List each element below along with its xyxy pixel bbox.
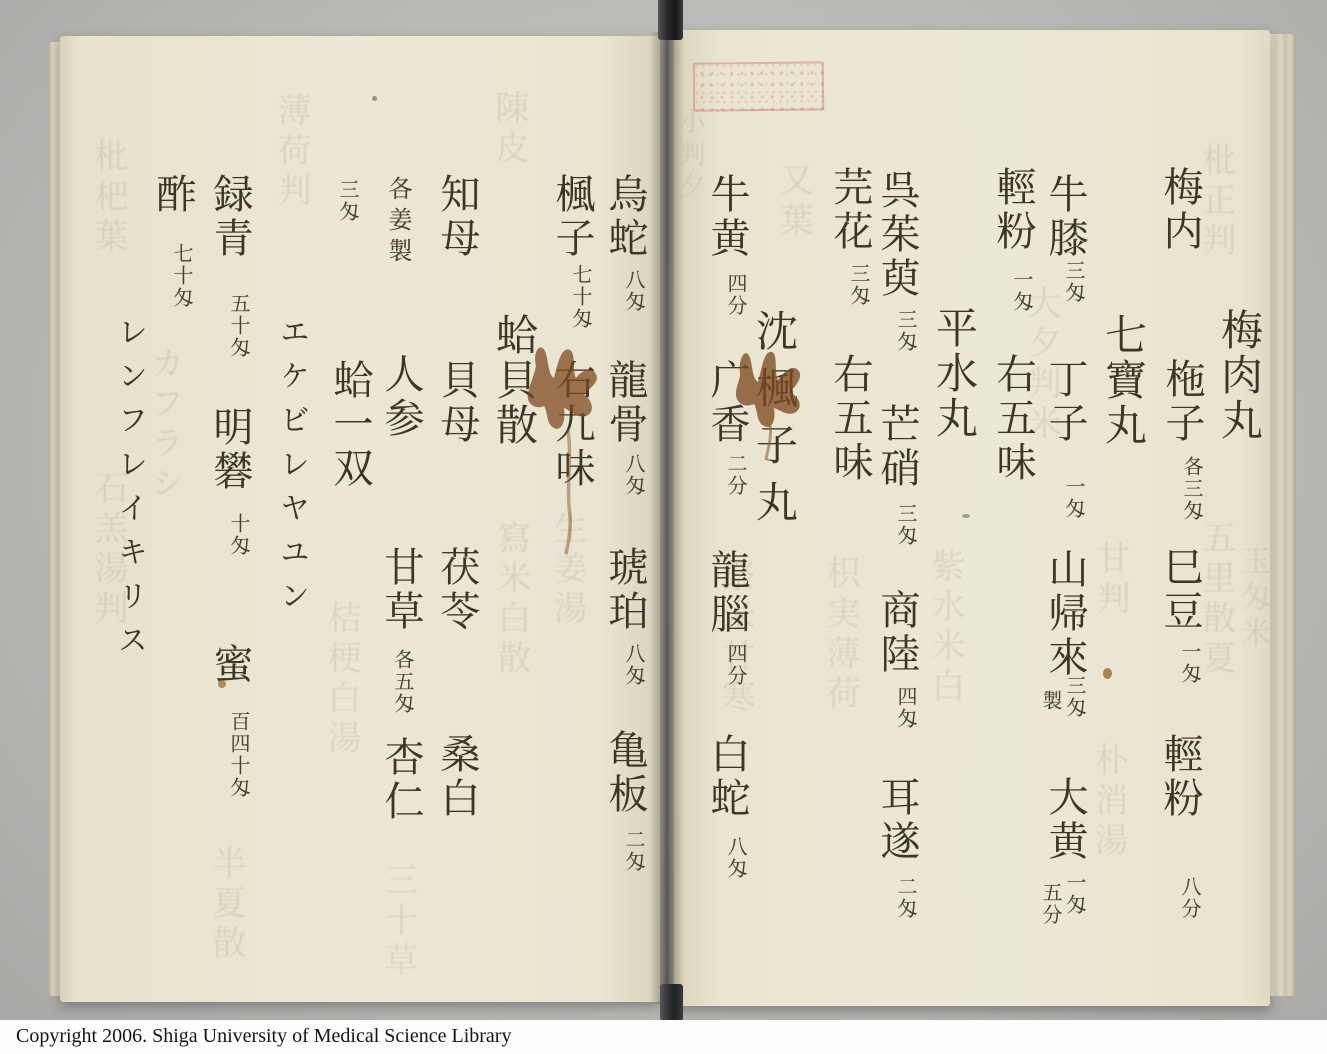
ingredient-text: 輕粉 <box>985 166 1042 254</box>
quantity-annotation: 一匁 <box>1060 476 1089 520</box>
quantity-annotation: 製 <box>1037 690 1066 712</box>
ingredient-text: 杏仁 <box>373 736 430 824</box>
ingredient-text: 白蛇 <box>699 733 756 821</box>
quantity-annotation: 各三匁 <box>1178 456 1207 522</box>
copyright-bar: Copyright 2006. Shiga University of Medi… <box>0 1020 1327 1054</box>
ink-text-layer: 梅肉丸梅内柂子各三匁巳豆一匁輕粉八分七寶丸牛膝三匁丁子一匁山帰來三匁製大黄一匁五… <box>0 0 1327 1054</box>
quantity-annotation: 一匁 <box>1008 269 1037 313</box>
paper-speck <box>962 514 970 518</box>
paper-speck <box>1103 668 1112 679</box>
quantity-annotation: 八匁 <box>620 269 649 313</box>
ingredient-text: 大黄 <box>1037 776 1094 864</box>
ingredient-text: 巳豆 <box>1152 546 1209 634</box>
quantity-annotation: 二匁 <box>620 829 649 873</box>
ingredient-text: 甘草 <box>373 546 430 634</box>
quantity-annotation: 四匁 <box>892 686 921 730</box>
kana-drug-name: レンフレイキリス <box>107 316 151 668</box>
quantity-annotation: 五分 <box>1037 882 1066 926</box>
quantity-annotation: 八分 <box>1176 876 1205 920</box>
ingredient-text: 楓子 <box>544 173 601 261</box>
ingredient-text: 右五味 <box>985 353 1042 485</box>
ingredient-text: 録青 <box>202 173 259 261</box>
ingredient-text: 人参 <box>373 353 430 441</box>
ingredient-text: 烏蛇 <box>597 173 654 261</box>
manuscript-photo: 枇杷葉石羔湯判カフラシ半夏散薄荷判桔梗白湯三十草陳皮寫米白散生姜湯枇正判五里散夏… <box>0 0 1327 1054</box>
quantity-annotation: 一匁 <box>1176 641 1205 685</box>
paper-speck <box>372 96 377 101</box>
kana-drug-name: エケビレヤユン <box>269 316 313 624</box>
quantity-annotation: 八匁 <box>620 453 649 497</box>
ingredient-text: 龍腦 <box>699 549 756 637</box>
recipe-title: 平水丸 <box>924 306 984 441</box>
ingredient-text: 牛膝 <box>1037 173 1094 261</box>
quantity-annotation: 八匁 <box>620 643 649 687</box>
ingredient-text: 知母 <box>429 173 486 261</box>
ingredient-text: 丁子 <box>1037 358 1094 446</box>
paper-speck <box>218 680 226 688</box>
ingredient-text: 耳遂 <box>869 776 926 864</box>
quantity-annotation: 百四十匁 <box>225 711 254 799</box>
ingredient-text: 茯苓 <box>429 546 486 634</box>
ingredient-text: 梅内 <box>1152 166 1209 254</box>
ingredient-text: 亀板 <box>597 729 654 817</box>
ingredient-text: 輕粉 <box>1152 733 1209 821</box>
recipe-title: 梅肉丸 <box>1209 308 1269 443</box>
quantity-annotation: 三匁 <box>892 309 921 353</box>
ingredient-text: 貝母 <box>429 359 486 447</box>
preparation-annotation: 各姜製 <box>381 176 416 269</box>
quantity-annotation: 十匁 <box>225 513 254 557</box>
quantity-annotation: 五十匁 <box>225 293 254 359</box>
copyright-text: Copyright 2006. Shiga University of Medi… <box>16 1020 511 1053</box>
quantity-annotation: 四分 <box>722 273 751 317</box>
ingredient-text: 牛黄 <box>699 173 756 261</box>
ingredient-text: 酢 <box>145 173 202 217</box>
ink-blotch <box>726 328 818 478</box>
ingredient-text: 蛤一双 <box>322 359 379 491</box>
quantity-annotation: 八匁 <box>722 836 751 880</box>
quantity-annotation: 三匁 <box>892 503 921 547</box>
ink-blotch-shape <box>518 326 614 566</box>
quantity-annotation: 三匁 <box>334 179 363 223</box>
ingredient-text: 右五味 <box>822 353 879 485</box>
quantity-annotation: 七十匁 <box>168 243 197 309</box>
ingredient-text: 桑白 <box>429 733 486 821</box>
quantity-annotation: 三匁 <box>1060 260 1089 304</box>
quantity-annotation: 四分 <box>722 643 751 687</box>
quantity-annotation: 三匁 <box>845 263 874 307</box>
recipe-title: 七寶丸 <box>1093 313 1153 448</box>
ingredient-text: 柂子 <box>1154 358 1211 446</box>
ingredient-text: 芫花 <box>822 166 879 254</box>
ingredient-text: 蜜 <box>202 643 259 687</box>
ink-blotch-shape <box>726 328 818 478</box>
ingredient-text: 山帰來 <box>1037 548 1094 680</box>
ink-blotch <box>518 326 614 566</box>
quantity-annotation: 各五匁 <box>389 649 418 715</box>
quantity-annotation: 二匁 <box>892 876 921 920</box>
ingredient-text: 明礬 <box>202 406 259 494</box>
ingredient-text: 商陸 <box>869 589 926 677</box>
quantity-annotation: 七十匁 <box>567 264 596 330</box>
